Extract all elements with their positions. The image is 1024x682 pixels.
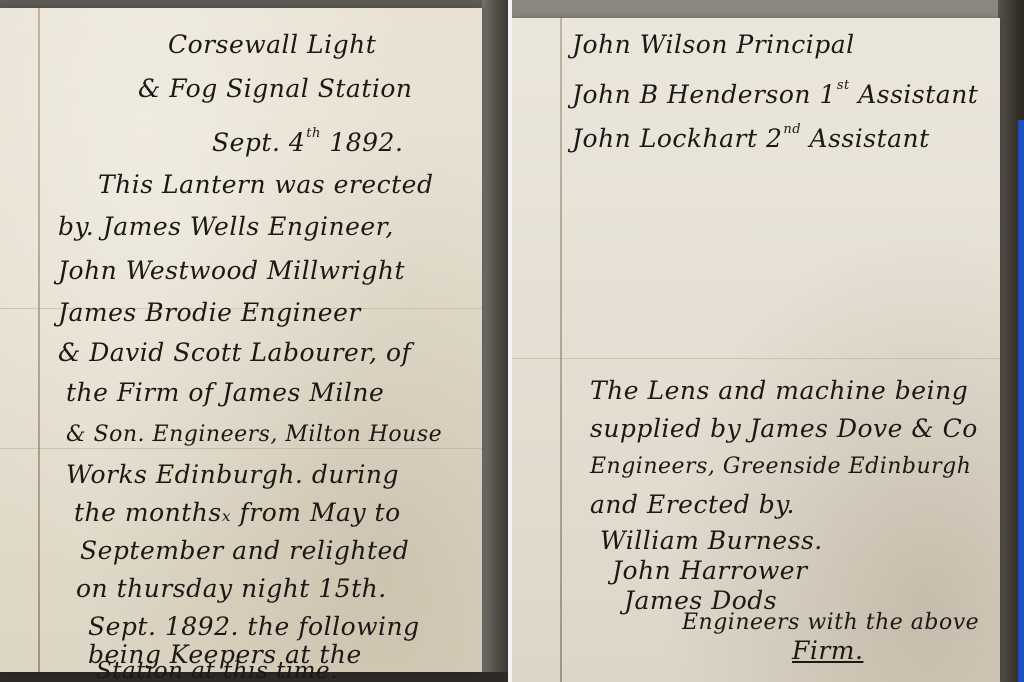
keeper-name: John B Henderson [572, 80, 811, 109]
frame-edge [482, 0, 508, 682]
date-month: Sept. [212, 128, 280, 157]
keeper-role-num: 2 [766, 124, 782, 153]
body-line: the monthsₓ from May to [74, 498, 401, 527]
keeper-role: Assistant [810, 124, 930, 153]
paper-fold [38, 8, 40, 672]
right-page-photo: John Wilson Principal John B Henderson 1… [512, 0, 1024, 682]
closing-line: Firm. [792, 636, 863, 665]
body-line: The Lens and machine being [590, 376, 968, 405]
closing-line: Engineers with the above [682, 610, 979, 635]
keeper-principal: John Wilson Principal [572, 30, 855, 59]
heading-line-1: Corsewall Light [168, 30, 376, 59]
body-line: on thursday night 15th. [76, 574, 387, 603]
keeper-role-ordinal: nd [783, 122, 801, 137]
keeper-name: John Lockhart [572, 124, 758, 153]
paper-crease [0, 448, 482, 449]
body-line: & Son. Engineers, Milton House [66, 422, 442, 447]
body-line: Sept. 1892. the following [88, 612, 420, 641]
date-year: 1892. [329, 128, 403, 157]
left-page-photo: Corsewall Light & Fog Signal Station Sep… [0, 0, 508, 682]
keeper-role: Principal [736, 30, 854, 59]
keeper-second-assistant: John Lockhart 2nd Assistant [572, 122, 930, 153]
keeper-role-ordinal: st [837, 78, 850, 93]
erector-name: William Burness. [600, 526, 823, 555]
frame-edge [512, 0, 1024, 20]
paper-sheet-right: John Wilson Principal John B Henderson 1… [512, 18, 1000, 682]
body-line: by. James Wells Engineer, [58, 212, 394, 241]
body-line: September and relighted [80, 536, 409, 565]
body-line: James Brodie Engineer [58, 298, 361, 327]
erector-name: John Harrower [612, 556, 808, 585]
body-line: This Lantern was erected [98, 170, 433, 199]
heading-date: Sept. 4th 1892. [212, 126, 403, 157]
body-line: and Erected by. [590, 490, 795, 519]
keeper-first-assistant: John B Henderson 1st Assistant [572, 78, 978, 109]
keeper-role-num: 1 [819, 80, 835, 109]
paper-fold [560, 18, 562, 682]
paper-sheet-left: Corsewall Light & Fog Signal Station Sep… [0, 8, 482, 672]
heading-line-2: & Fog Signal Station [138, 74, 413, 103]
keeper-name: John Wilson [572, 30, 728, 59]
body-line: John Westwood Millwright [58, 256, 405, 285]
paper-crease [512, 358, 1000, 359]
body-line: supplied by James Dove & Co [590, 414, 978, 443]
body-line: Works Edinburgh. during [66, 460, 399, 489]
date-day: 4 [289, 128, 305, 157]
body-line: the Firm of James Milne [66, 378, 384, 407]
date-ordinal: th [306, 126, 321, 141]
body-line: Station at this time. [96, 658, 338, 682]
keeper-role: Assistant [858, 80, 978, 109]
blue-frame-edge [1018, 120, 1024, 682]
body-line: & David Scott Labourer, of [58, 338, 411, 367]
body-line: Engineers, Greenside Edinburgh [590, 454, 971, 479]
